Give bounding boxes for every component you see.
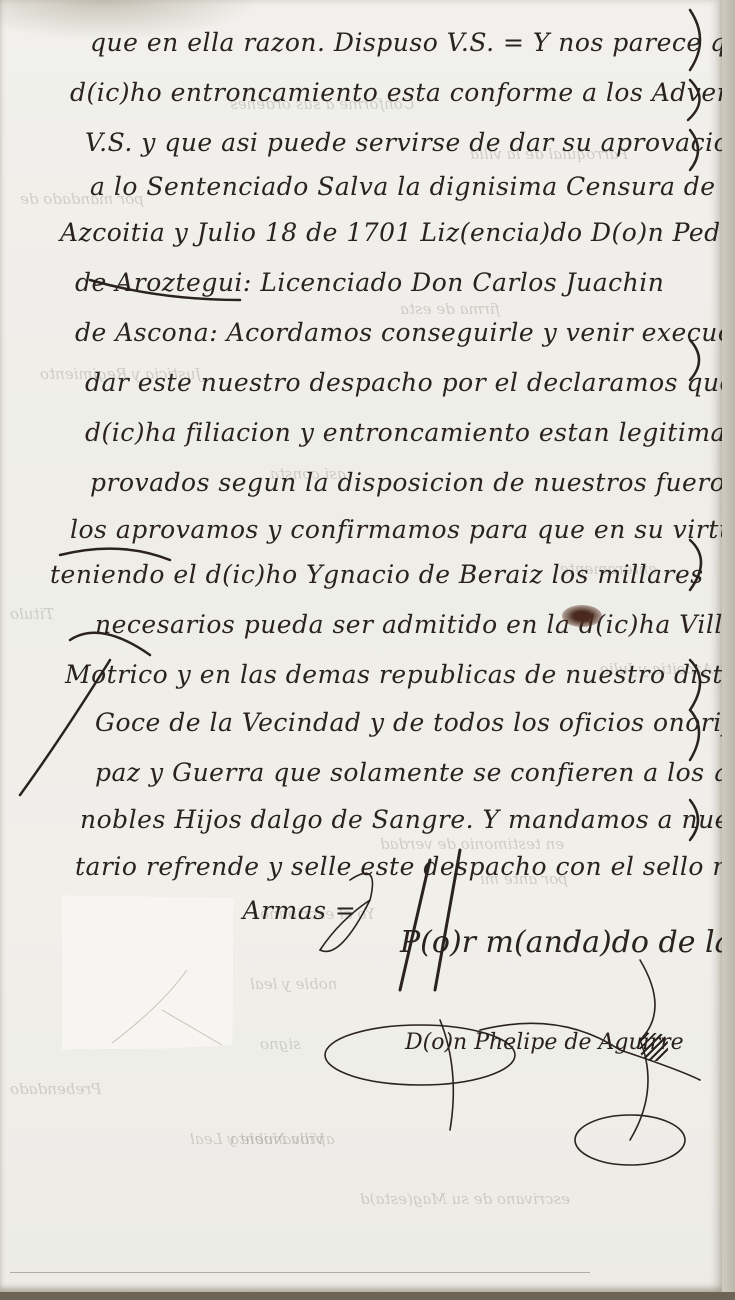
signature-by-order: P(o)r m(anda)do de la Diput(aci)on xyxy=(400,925,735,960)
fold-lines xyxy=(62,895,234,1050)
signature-flourishes xyxy=(300,840,720,1170)
manuscript-page: Conforme a sus ordenes Parroquial de la … xyxy=(0,0,722,1292)
rubric-mark xyxy=(640,1033,668,1061)
page-edge xyxy=(0,1292,735,1300)
page-edge xyxy=(722,0,735,1300)
ruled-line xyxy=(10,1272,590,1273)
seal-paper-patch xyxy=(62,895,234,1050)
